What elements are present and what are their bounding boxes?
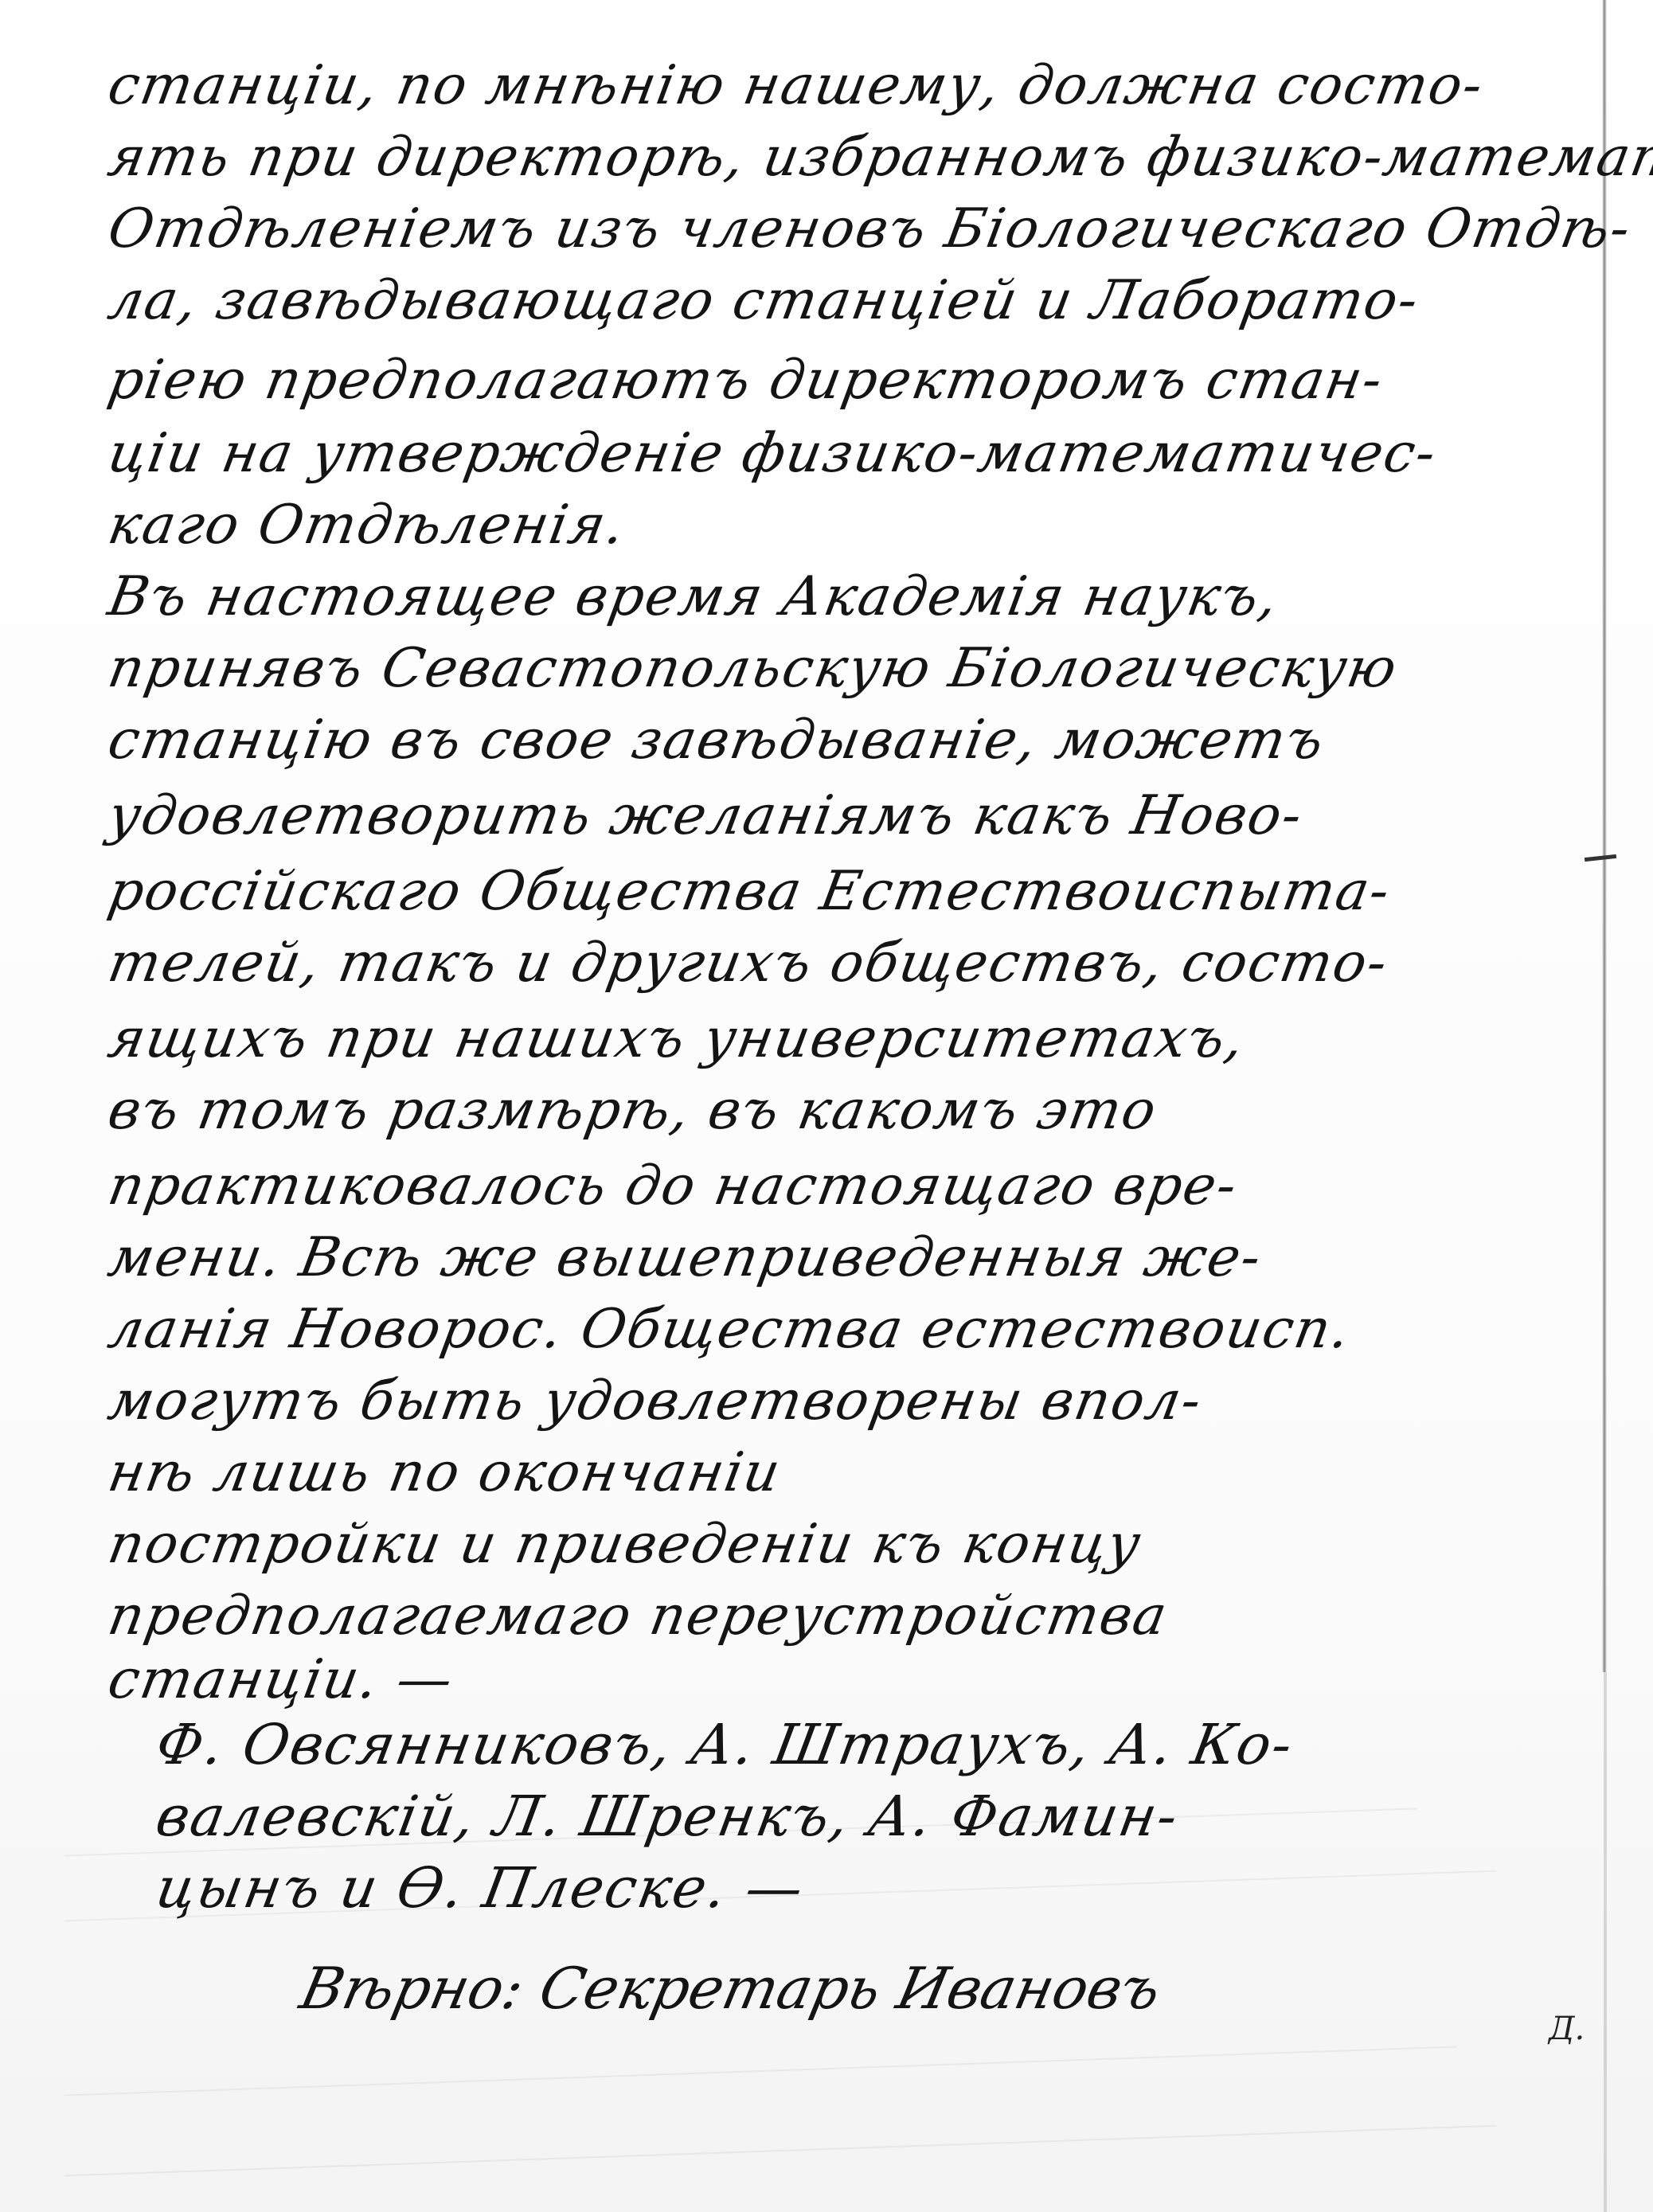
body-line: ящихъ при нашихъ университетахъ,: [104, 1007, 1250, 1070]
body-line: станціи, по мнѣнію нашему, должна состо-: [104, 54, 1489, 117]
body-line: Отдѣленіемъ изъ членовъ Біологическаго О…: [104, 197, 1636, 260]
margin-mark: Д.: [1549, 2011, 1585, 2047]
body-line: станцію въ свое завѣдываніе, можетъ: [104, 709, 1330, 772]
body-line: удовлетворить желаніямъ какъ Ново-: [104, 784, 1308, 847]
attestation-line: Вѣрно: Секретарь Ивановъ: [295, 1955, 1166, 2022]
body-line: ла, завѣдывающаго станціей и Лаборато-: [104, 269, 1424, 332]
body-line: ланія Новорос. Общества естествоисп.: [104, 1298, 1356, 1361]
body-line: ріею предполагаютъ директоромъ стан-: [104, 349, 1389, 412]
body-line: практиковалось до настоящаго вре-: [104, 1155, 1243, 1217]
paper-show-through: [64, 2125, 1497, 2177]
body-line: принявъ Севастопольскую Біологическую: [104, 637, 1403, 700]
sheet-edge-lower: [1604, 1672, 1607, 2212]
body-line: каго Отдѣленія.: [104, 494, 631, 557]
body-line: нѣ лишь по окончаніи: [104, 1441, 786, 1504]
body-line: постройки и приведеніи къ концу: [104, 1513, 1147, 1576]
body-line: россійскаго Общества Естествоиспыта-: [104, 860, 1396, 923]
body-line: Въ настоящее время Академія наукъ,: [104, 565, 1284, 628]
body-line: мени. Всѣ же вышеприведенныя же-: [104, 1226, 1267, 1289]
body-line: въ томъ размѣрѣ, въ какомъ это: [104, 1079, 1163, 1142]
body-line: ять при директорѣ, избранномъ физико-мат…: [104, 126, 1653, 189]
body-line: могутъ быть удовлетворены впол-: [104, 1370, 1207, 1432]
paper-show-through: [64, 2046, 1456, 2096]
body-line: телей, такъ и другихъ обществъ, состо-: [104, 932, 1393, 995]
body-line: предполагаемаго переустройства: [104, 1585, 1173, 1647]
signature-line: цынъ и Ѳ. Плеске. —: [151, 1855, 810, 1921]
body-line: станціи. —: [104, 1648, 459, 1711]
signature-line: валевскій, Л. Шренкъ, А. Фамин-: [151, 1784, 1184, 1849]
margin-dash: [1585, 854, 1616, 862]
signature-line: Ф. Овсянниковъ, А. Штраухъ, А. Ко-: [151, 1712, 1299, 1777]
body-line: ціи на утвержденіе физико-математичес-: [104, 422, 1442, 485]
document-page: станціи, по мнѣнію нашему, должна состо-…: [0, 0, 1653, 2212]
